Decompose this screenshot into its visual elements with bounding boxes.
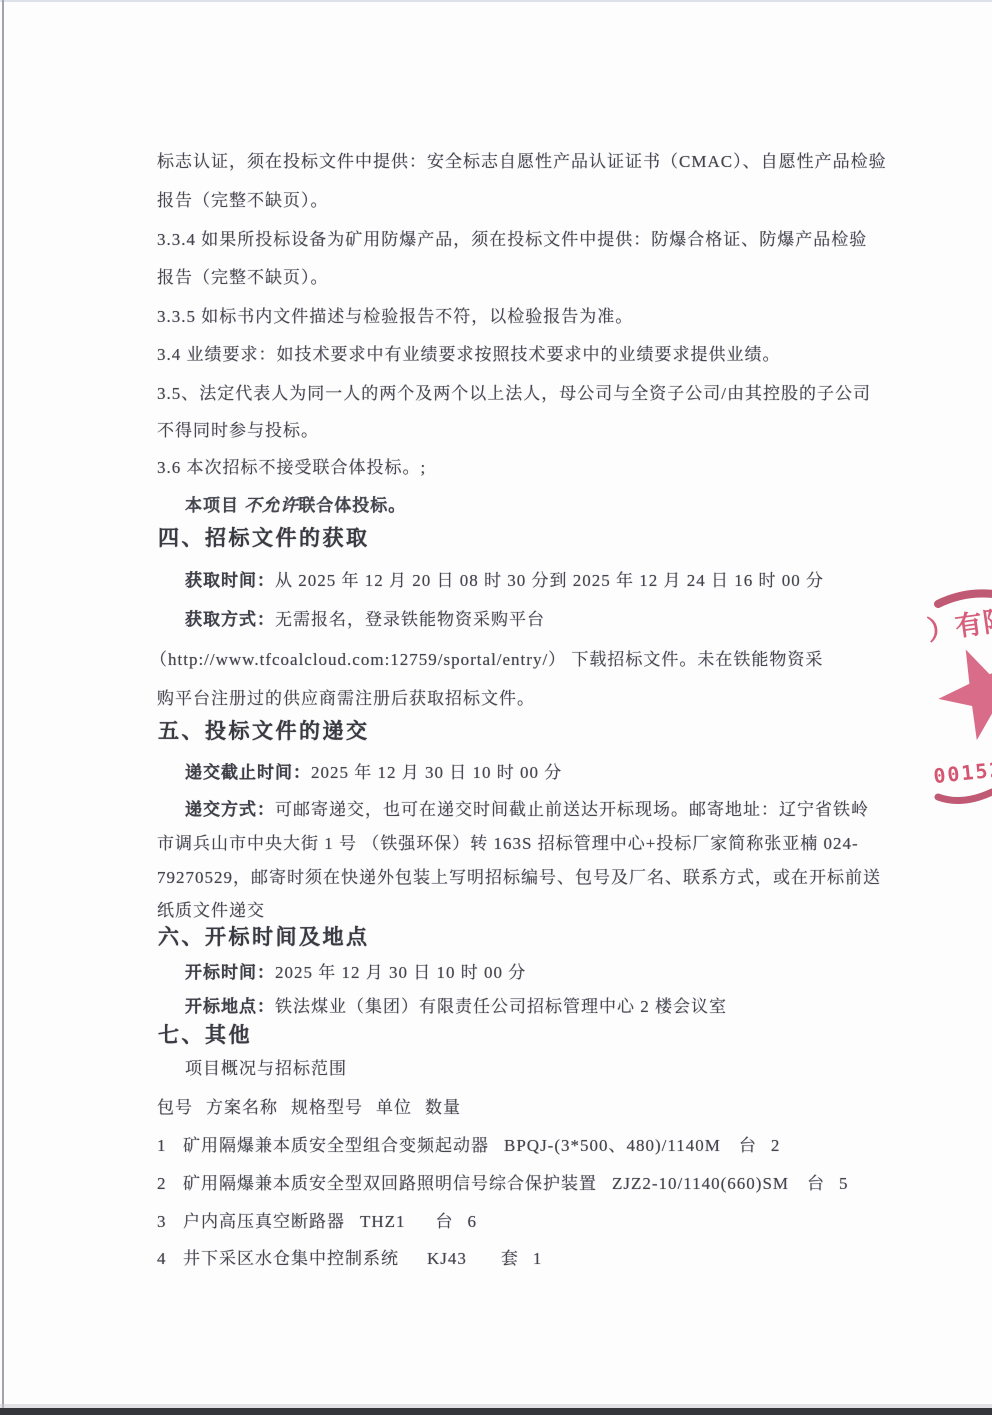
red-official-seal: ）有限 00152	[928, 585, 992, 805]
portal-note-line: 购平台注册过的供应商需注册后获取招标文件。	[157, 687, 535, 710]
cell-qty: 2	[771, 1136, 781, 1155]
para-34: 3.4 业绩要求：如技术要求中有业绩要求按照技术要求中的业绩要求提供业绩。	[157, 343, 781, 366]
cell-qty: 5	[839, 1174, 849, 1193]
para-joint-venture: 本项目 不允许联合体投标。	[185, 494, 406, 517]
cell-model: ZJZ2-10/1140(660)SM	[612, 1174, 789, 1193]
scope-line: 项目概况与招标范围	[185, 1057, 347, 1080]
cell-qty: 6	[468, 1212, 478, 1231]
acquire-method-value: 无需报名，登录铁能物资采购平台	[275, 610, 545, 629]
open-time-value: 2025 年 12 月 30 日 10 时 00 分	[275, 963, 526, 982]
mail-address-line: 市调兵山市中央大街 1 号 （铁强环保）转 163S 招标管理中心+投标厂家简称…	[157, 832, 859, 855]
submit-method-line: 递交方式：可邮寄递交，也可在递交时间截止前送达开标现场。邮寄地址：辽宁省铁岭	[185, 798, 869, 821]
acquire-time-line: 获取时间：从 2025 年 12 月 20 日 08 时 30 分到 2025 …	[185, 569, 824, 592]
cell-model: KJ43	[427, 1249, 467, 1268]
open-time-line: 开标时间：2025 年 12 月 30 日 10 时 00 分	[185, 961, 526, 984]
submit-deadline-label: 递交截止时间：	[185, 763, 311, 782]
table-row: 4井下采区水仓集中控制系统KJ43套1	[157, 1247, 542, 1270]
cell-plan-name: 户内高压真空断路器	[183, 1212, 345, 1231]
cell-plan-name: 井下采区水仓集中控制系统	[183, 1249, 399, 1268]
open-place-line: 开标地点：铁法煤业（集团）有限责任公司招标管理中心 2 楼会议室	[185, 995, 727, 1018]
submit-method-label: 递交方式：	[185, 800, 275, 819]
cell-unit: 台	[436, 1212, 454, 1231]
cell-model: BPQJ-(3*500、480)/1140M	[504, 1136, 721, 1155]
cell-package-no: 1	[157, 1134, 183, 1157]
seal-bottom-arc	[938, 792, 992, 801]
col-package-no: 包号	[157, 1098, 193, 1117]
cell-package-no: 3	[157, 1210, 183, 1233]
table-row: 1矿用隔爆兼本质安全型组合变频起动器BPQJ-(3*500、480)/1140M…	[157, 1134, 780, 1157]
scan-edge-bottom	[0, 1408, 992, 1415]
col-unit: 单位	[376, 1098, 412, 1117]
para-cert-line1: 标志认证，须在投标文件中提供：安全标志自愿性产品认证证书（CMAC）、自愿性产品…	[157, 150, 887, 173]
scan-edge-top	[0, 0, 992, 2]
open-place-label: 开标地点：	[185, 997, 275, 1016]
para-cert-line2: 报告（完整不缺页）。	[157, 189, 329, 212]
portal-url-line: （http://www.tfcoalcloud.com:12759/sporta…	[150, 648, 823, 671]
section6-heading: 六、开标时间及地点	[158, 926, 370, 949]
section5-heading: 五、投标文件的递交	[158, 720, 370, 743]
cell-unit: 台	[807, 1174, 825, 1193]
scan-edge-left	[2, 0, 4, 1415]
acquire-time-value: 从 2025 年 12 月 20 日 08 时 30 分到 2025 年 12 …	[275, 571, 824, 590]
cell-plan-name: 矿用隔爆兼本质安全型组合变频起动器	[183, 1136, 489, 1155]
table-row: 2矿用隔爆兼本质安全型双回路照明信号综合保护装置ZJZ2-10/1140(660…	[157, 1172, 849, 1195]
para-35-line2: 不得同时参与投标。	[157, 419, 319, 442]
seal-company-text-fragment: ）有限	[926, 605, 992, 646]
joint-prefix: 本项目	[185, 496, 244, 515]
para-334-line2: 报告（完整不缺页）。	[157, 266, 329, 289]
cell-package-no: 4	[157, 1247, 183, 1270]
seal-serial-number: 00152	[932, 757, 992, 788]
package-table-header: 包号方案名称规格型号单位数量	[157, 1096, 474, 1119]
cell-plan-name: 矿用隔爆兼本质安全型双回路照明信号综合保护装置	[183, 1174, 597, 1193]
section7-heading: 七、其他	[158, 1024, 252, 1047]
col-qty: 数量	[425, 1098, 461, 1117]
para-335: 3.3.5 如标书内文件描述与检验报告不符，以检验报告为准。	[157, 305, 633, 328]
open-time-label: 开标时间：	[185, 963, 275, 982]
para-35-line1: 3.5、法定代表人为同一人的两个及两个以上法人，母公司与全资子公司/由其控股的子…	[157, 382, 871, 405]
open-place-value: 铁法煤业（集团）有限责任公司招标管理中心 2 楼会议室	[275, 997, 727, 1016]
cell-qty: 1	[533, 1249, 543, 1268]
col-plan-name: 方案名称	[206, 1098, 278, 1117]
paper-submit-line: 纸质文件递交	[157, 899, 265, 922]
acquire-method-label: 获取方式：	[185, 610, 275, 629]
acquire-method-line: 获取方式：无需报名，登录铁能物资采购平台	[185, 608, 545, 631]
mail-phone-line: 79270529，邮寄时须在快递外包装上写明招标编号、包号及厂名、联系方式，或在…	[157, 866, 881, 889]
joint-suffix: 联合体投标。	[298, 496, 406, 515]
submit-deadline-line: 递交截止时间：2025 年 12 月 30 日 10 时 00 分	[185, 761, 562, 784]
submit-deadline-value: 2025 年 12 月 30 日 10 时 00 分	[311, 763, 562, 782]
cell-unit: 台	[739, 1136, 757, 1155]
star-icon	[938, 650, 992, 741]
seal-graphic: ）有限 00152	[928, 585, 992, 805]
cell-package-no: 2	[157, 1172, 183, 1195]
para-36: 3.6 本次招标不接受联合体投标。;	[157, 456, 426, 479]
scanned-tender-document-page: 标志认证，须在投标文件中提供：安全标志自愿性产品认证证书（CMAC）、自愿性产品…	[0, 0, 992, 1415]
joint-emphasis: 不允许	[244, 496, 298, 515]
section4-heading: 四、招标文件的获取	[158, 527, 370, 550]
acquire-time-label: 获取时间：	[185, 571, 275, 590]
submit-method-value: 可邮寄递交，也可在递交时间截止前送达开标现场。邮寄地址：辽宁省铁岭	[275, 800, 869, 819]
col-model: 规格型号	[291, 1098, 363, 1117]
cell-unit: 套	[501, 1249, 519, 1268]
para-334-line1: 3.3.4 如果所投标设备为矿用防爆产品，须在投标文件中提供：防爆合格证、防爆产…	[157, 228, 867, 251]
table-row: 3户内高压真空断路器THZ1台6	[157, 1210, 477, 1233]
seal-top-arc	[938, 593, 992, 604]
cell-model: THZ1	[360, 1212, 406, 1231]
